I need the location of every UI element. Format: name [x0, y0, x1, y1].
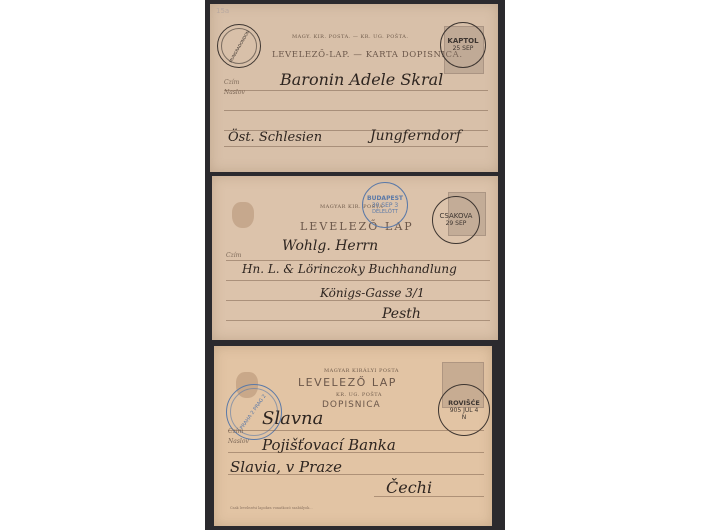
- address-line-2: Hn. L. & Lörinczoky Buchhandlung: [242, 262, 457, 276]
- card-sub-header: KR. UG. POŠTA: [336, 392, 382, 398]
- address-line-1: Wohlg. Herrn: [282, 238, 378, 254]
- postmark-csakova: CSAKOVA 29 SEP: [432, 196, 480, 244]
- card-title: LEVELEZŐ LAP: [298, 376, 397, 389]
- postmark-roviste: ROVIŠĆE 905 JUL 4 N: [438, 384, 490, 436]
- address-line-4: Čechi: [386, 478, 432, 497]
- pencil-mark: 15a: [216, 7, 229, 15]
- card-sub-title: DOPISNICA: [322, 400, 381, 410]
- coat-of-arms-icon: [232, 202, 254, 228]
- address-line-1: Slavna: [262, 408, 323, 429]
- postcard-2: MAGYAR KIR. POSTA LEVELEZŐ-LAP BUDAPEST …: [212, 176, 498, 340]
- postcard-1: 15a MUNGRADONDON MAGY. KIR. POSTA. — KR.…: [210, 4, 498, 172]
- postcard-3: MAGYAR KIRÁLYI POSTA LEVELEZŐ LAP KR. UG…: [214, 346, 492, 526]
- address-line-3: Königs-Gasse 3/1: [320, 286, 425, 300]
- label-czim: Czím: [224, 79, 239, 86]
- card-footer-text: Csak levelezési lapokra vonatkozó szabál…: [230, 506, 313, 511]
- card-header: MAGY. KIR. POSTA. — KR. UG. POŠTA.: [292, 34, 409, 40]
- address-line-1: Baronin Adele Skral: [280, 70, 443, 89]
- address-line-3: Öst. Schlesien: [228, 130, 322, 145]
- postmark-kaptol: KAPTOL 25 SEP: [440, 22, 486, 68]
- address-line-4: Jungferndorf: [370, 128, 461, 144]
- label-naslov: Naslov: [228, 438, 249, 445]
- postmark-budapest: BUDAPEST 30 SEP 3 DÉLELŐTT: [362, 182, 408, 228]
- postmark-round-left: MUNGRADONDON: [217, 24, 261, 68]
- card-header: MAGYAR KIRÁLYI POSTA: [324, 368, 399, 374]
- card-title: LEVELEZŐ-LAP. — KARTA DOPISNICA.: [272, 50, 463, 60]
- label-czim: Czím: [226, 252, 241, 259]
